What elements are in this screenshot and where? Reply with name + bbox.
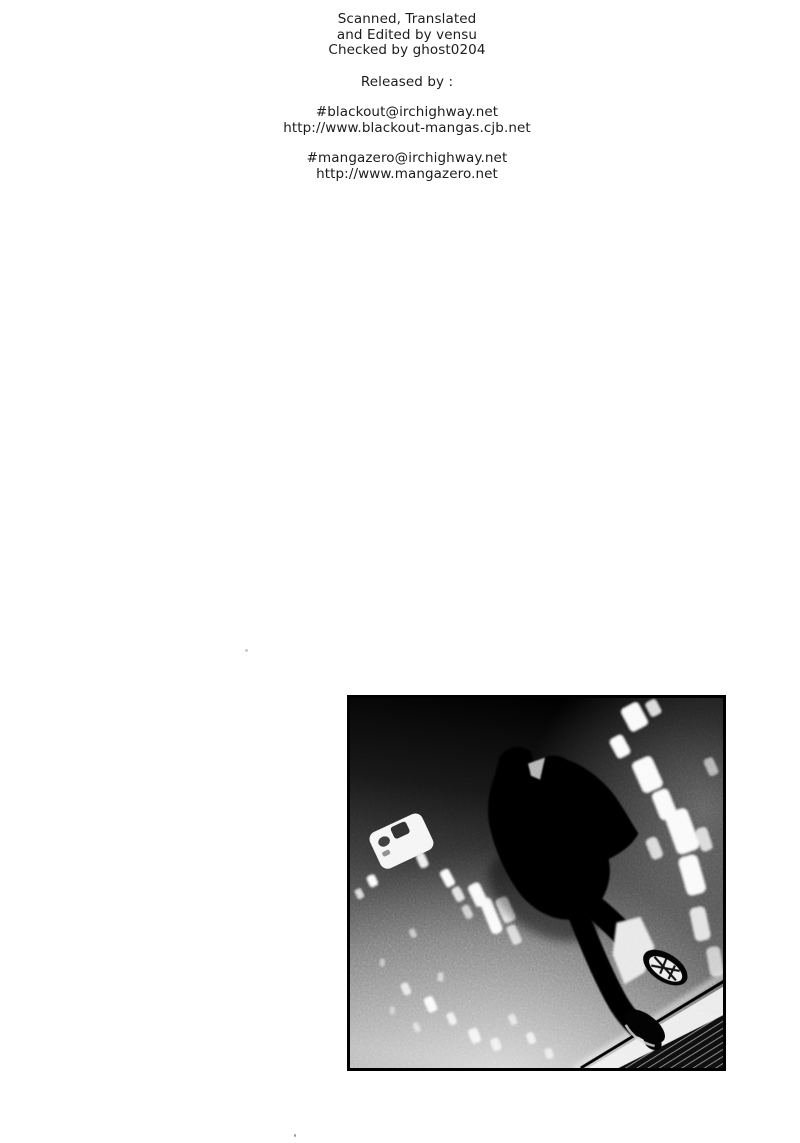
credits-line: Scanned, Translated bbox=[7, 12, 800, 28]
irc-channel: #blackout@irchighway.net bbox=[7, 105, 800, 121]
credits-line: and Edited by vensu bbox=[7, 28, 800, 44]
website-url: http://www.blackout-mangas.cjb.net bbox=[7, 121, 800, 137]
release-group: #blackout@irchighway.net http://www.blac… bbox=[7, 105, 800, 136]
credits-text: Scanned, Translated and Edited by vensu … bbox=[7, 12, 800, 59]
film-grain-overlay bbox=[350, 698, 723, 1068]
released-by-label: Released by : bbox=[7, 75, 800, 91]
scan-speck bbox=[245, 649, 248, 652]
credits-line: Checked by ghost0204 bbox=[7, 43, 800, 59]
scan-speck bbox=[294, 1134, 296, 1137]
release-group: #mangazero@irchighway.net http://www.man… bbox=[7, 151, 800, 182]
scanlation-credits-page: { "credits": { "scan_lines": [ "Scanned,… bbox=[0, 0, 800, 1143]
irc-channel: #mangazero@irchighway.net bbox=[7, 151, 800, 167]
manga-panel-image bbox=[347, 695, 726, 1071]
website-url: http://www.mangazero.net bbox=[7, 167, 800, 183]
